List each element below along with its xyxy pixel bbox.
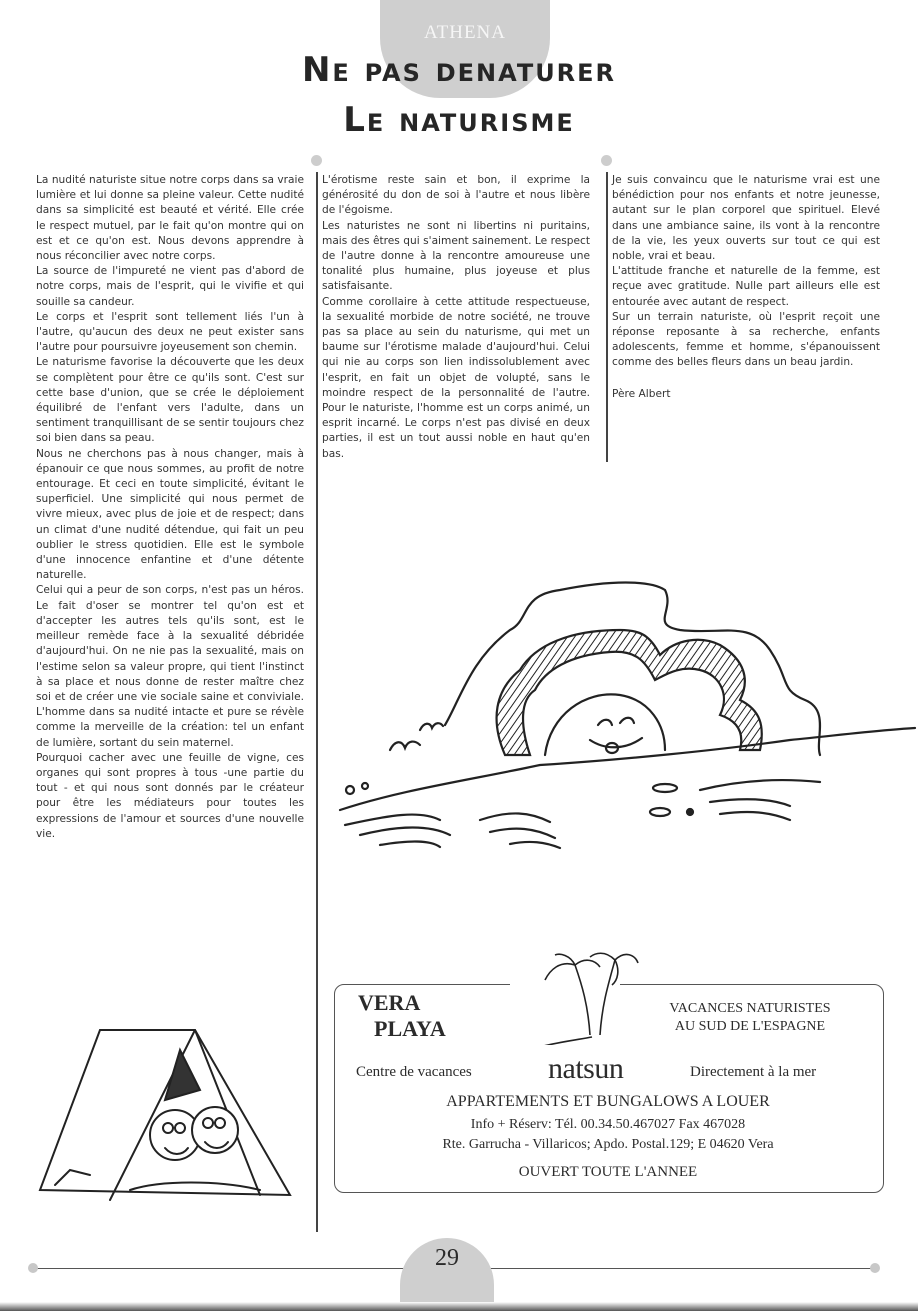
paragraph: Sur un terrain naturiste, où l'esprit re…	[612, 310, 880, 371]
paragraph: Les naturistes ne sont ni libertins ni p…	[322, 219, 590, 295]
article-column-1: La nudité naturiste situe notre corps da…	[36, 173, 304, 842]
author-signature: Père Albert	[612, 387, 880, 402]
article-title-line2: Le naturisme	[0, 100, 918, 140]
tagline-line1: VACANCES NATURISTES	[640, 1000, 860, 1018]
column-dot-2	[601, 155, 612, 166]
paragraph: L'érotisme reste sain et bon, il exprime…	[322, 173, 590, 219]
palm-trees-icon	[520, 945, 640, 1045]
ad-contact: Info + Réserv: Tél. 00.34.50.467027 Fax …	[334, 1117, 882, 1133]
paragraph: Comme corollaire à cette attitude respec…	[322, 295, 590, 462]
ad-address: Rte. Garrucha - Villaricos; Apdo. Postal…	[334, 1137, 882, 1153]
paragraph: L'attitude franche et naturelle de la fe…	[612, 264, 880, 310]
paragraph: Pourquoi cacher avec une feuille de vign…	[36, 751, 304, 842]
paragraph: Nous ne cherchons pas à nous changer, ma…	[36, 447, 304, 584]
column-dot-1	[311, 155, 322, 166]
footer-dot-right	[870, 1263, 880, 1273]
column-divider-1	[316, 172, 318, 1232]
centre-label: Centre de vacances	[356, 1064, 472, 1081]
article-column-3: Je suis convaincu que le naturisme vrai …	[612, 173, 880, 402]
beachfront-label: Directement à la mer	[690, 1064, 816, 1081]
magazine-name: ATHENA	[380, 22, 550, 44]
ad-hours: OUVERT TOUTE L'ANNEE	[334, 1164, 882, 1181]
page-number: 29	[400, 1245, 494, 1272]
natsun-logo: natsun	[548, 1052, 623, 1086]
ad-tagline: VACANCES NATURISTES AU SUD DE L'ESPAGNE	[640, 1000, 860, 1036]
resort-name-line2: PLAYA	[358, 1016, 446, 1042]
tagline-line2: AU SUD DE L'ESPAGNE	[640, 1018, 860, 1036]
resort-name: VERA PLAYA	[358, 990, 446, 1042]
ad-headline: APPARTEMENTS ET BUNGALOWS A LOUER	[334, 1093, 882, 1111]
footer-dot-left	[28, 1263, 38, 1273]
title-text-1: Ne pas denaturer	[302, 50, 616, 90]
page-bottom-edge	[0, 1302, 918, 1311]
paragraph: Je suis convaincu que le naturisme vrai …	[612, 173, 880, 264]
resort-name-line1: VERA	[358, 990, 420, 1015]
paragraph: La source de l'impureté ne vient pas d'a…	[36, 264, 304, 310]
tent-couple-cartoon-icon	[0, 990, 300, 1205]
article-column-2: L'érotisme reste sain et bon, il exprime…	[322, 173, 590, 462]
sunset-cartoon-icon	[320, 550, 918, 850]
paragraph: Le naturisme favorise la découverte que …	[36, 355, 304, 446]
column-divider-2	[606, 172, 608, 462]
article-title-line1: Ne pas denaturer	[0, 50, 918, 90]
paragraph: La nudité naturiste situe notre corps da…	[36, 173, 304, 264]
paragraph: Celui qui a peur de son corps, n'est pas…	[36, 583, 304, 750]
title-text-2: Le naturisme	[343, 100, 575, 140]
paragraph: Le corps et l'esprit sont tellement liés…	[36, 310, 304, 356]
